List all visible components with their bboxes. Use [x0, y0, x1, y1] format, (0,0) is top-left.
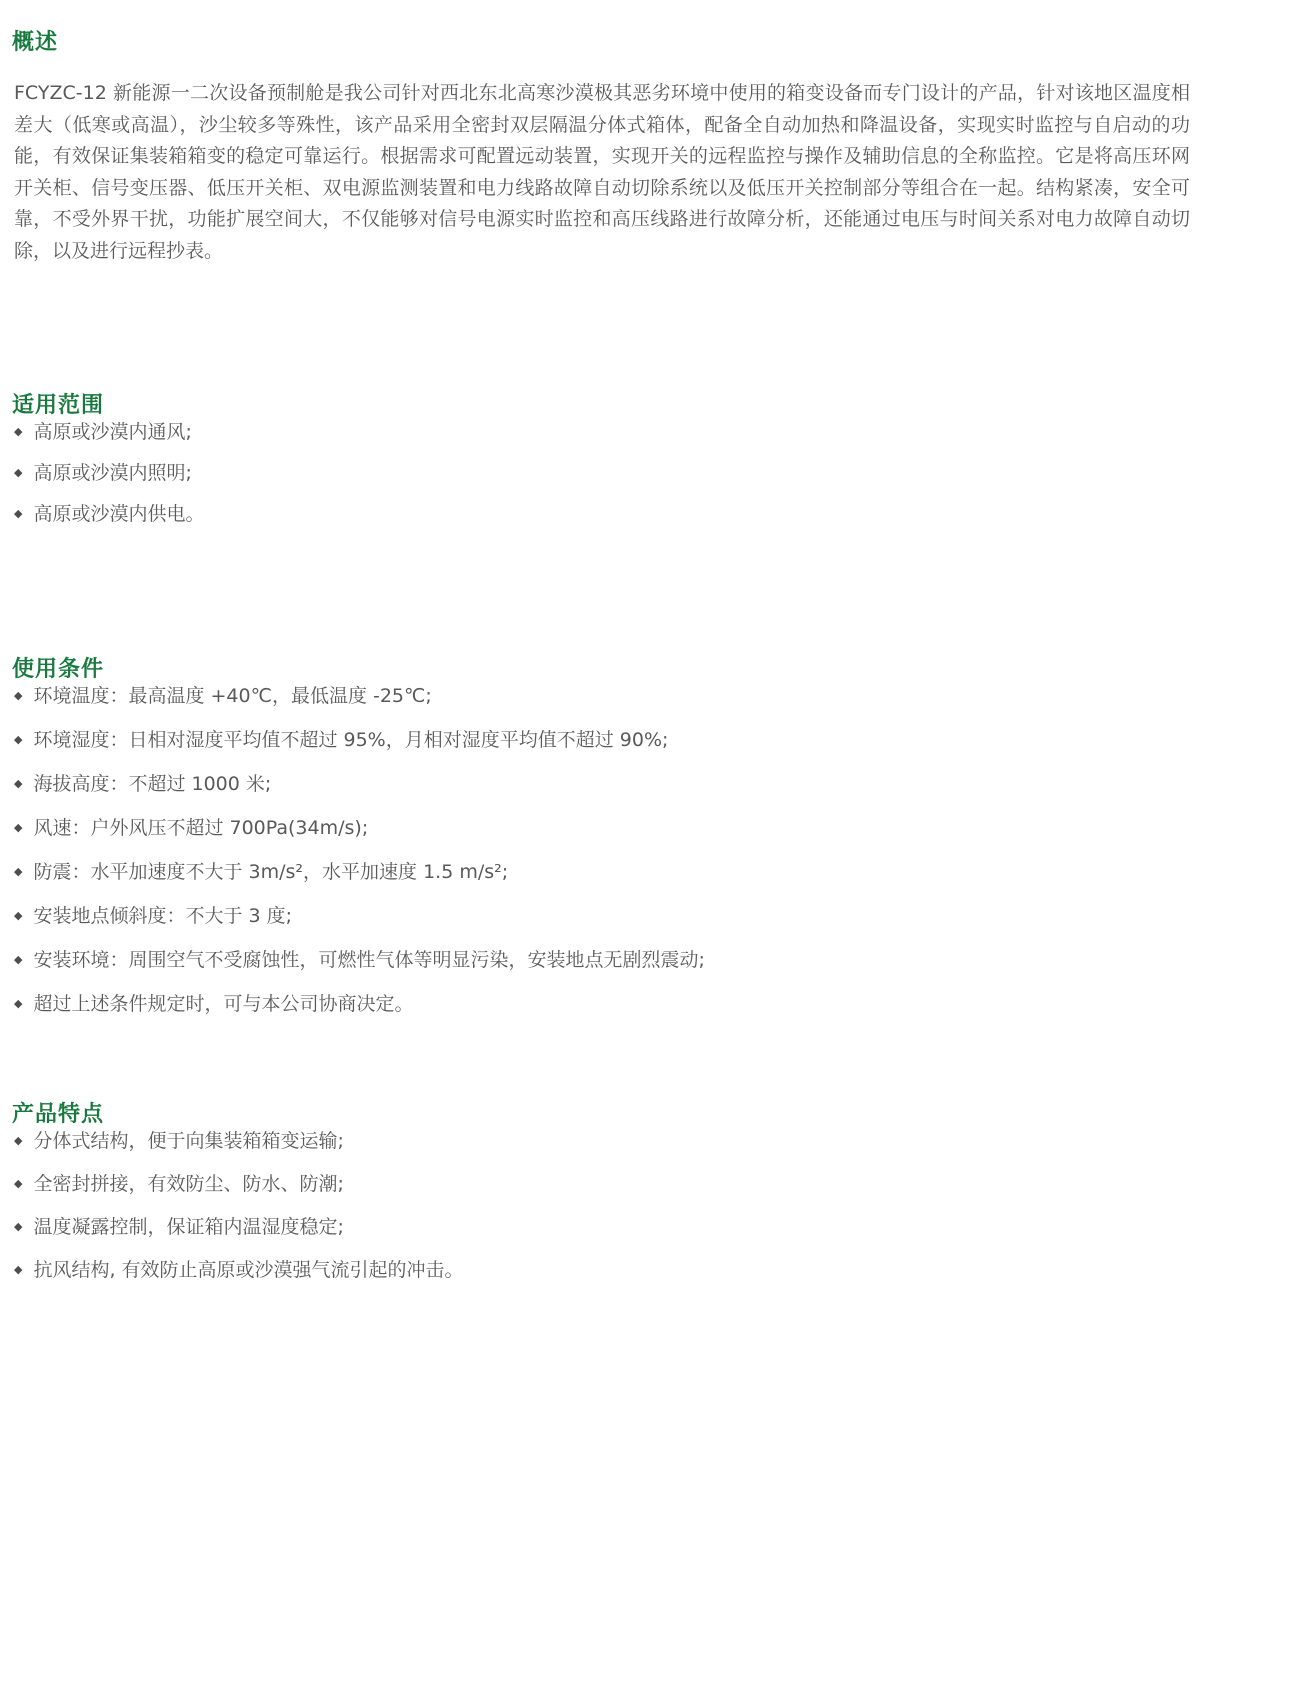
diamond-bullet-icon: ◆ — [14, 859, 22, 885]
product-detail-page: 概述 FCYZC-12 新能源一二次设备预制舱是我公司针对西北东北高寒沙漠极其恶… — [0, 0, 1302, 1686]
list-item-text: 风速：户外风压不超过 700Pa(34m/s); — [33, 815, 368, 841]
diamond-bullet-icon: ◆ — [14, 419, 22, 445]
diamond-bullet-icon: ◆ — [14, 771, 22, 797]
list-item: ◆ 环境湿度：日相对湿度平均值不超过 95%，月相对湿度平均值不超过 90%; — [14, 727, 1288, 753]
list-item-text: 防震：水平加速度不大于 3m/s²，水平加速度 1.5 m/s²; — [33, 859, 508, 885]
diamond-bullet-icon: ◆ — [14, 947, 22, 973]
diamond-bullet-icon: ◆ — [14, 815, 22, 841]
diamond-bullet-icon: ◆ — [14, 501, 22, 527]
diamond-bullet-icon: ◆ — [14, 1214, 22, 1240]
list-item: ◆ 风速：户外风压不超过 700Pa(34m/s); — [14, 815, 1288, 841]
overview-paragraph: FCYZC-12 新能源一二次设备预制舱是我公司针对西北东北高寒沙漠极其恶劣环境… — [14, 78, 1190, 267]
list-item-text: 高原或沙漠内通风; — [33, 419, 191, 445]
list-item-text: 环境湿度：日相对湿度平均值不超过 95%，月相对湿度平均值不超过 90%; — [33, 727, 668, 753]
list-item: ◆ 高原或沙漠内照明; — [14, 460, 1288, 486]
diamond-bullet-icon: ◆ — [14, 1128, 22, 1154]
scope-heading: 适用范围 — [12, 393, 1288, 419]
section-overview: 概述 FCYZC-12 新能源一二次设备预制舱是我公司针对西北东北高寒沙漠极其恶… — [12, 30, 1288, 267]
list-item: ◆ 安装地点倾斜度：不大于 3 度; — [14, 903, 1288, 929]
section-features: 产品特点 ◆ 分体式结构，便于向集装箱箱变运输; ◆ 全密封拼接，有效防尘、防水… — [12, 1102, 1288, 1283]
list-item: ◆ 分体式结构，便于向集装箱箱变运输; — [14, 1128, 1288, 1154]
list-item: ◆ 抗风结构, 有效防止高原或沙漠强气流引起的冲击。 — [14, 1257, 1288, 1283]
list-item: ◆ 全密封拼接，有效防尘、防水、防潮; — [14, 1171, 1288, 1197]
conditions-heading: 使用条件 — [12, 657, 1288, 683]
features-list: ◆ 分体式结构，便于向集装箱箱变运输; ◆ 全密封拼接，有效防尘、防水、防潮; … — [12, 1128, 1288, 1283]
list-item-text: 温度凝露控制，保证箱内温湿度稳定; — [33, 1214, 343, 1240]
list-item: ◆ 温度凝露控制，保证箱内温湿度稳定; — [14, 1214, 1288, 1240]
features-heading: 产品特点 — [12, 1102, 1288, 1128]
diamond-bullet-icon: ◆ — [14, 903, 22, 929]
diamond-bullet-icon: ◆ — [14, 460, 22, 486]
diamond-bullet-icon: ◆ — [14, 1257, 22, 1283]
list-item: ◆ 防震：水平加速度不大于 3m/s²，水平加速度 1.5 m/s²; — [14, 859, 1288, 885]
list-item-text: 高原或沙漠内照明; — [33, 460, 191, 486]
list-item: ◆ 高原或沙漠内通风; — [14, 419, 1288, 445]
list-item-text: 高原或沙漠内供电。 — [33, 501, 204, 527]
conditions-list: ◆ 环境温度：最高温度 +40℃，最低温度 -25℃; ◆ 环境湿度：日相对湿度… — [12, 683, 1288, 1017]
scope-list: ◆ 高原或沙漠内通风; ◆ 高原或沙漠内照明; ◆ 高原或沙漠内供电。 — [12, 419, 1288, 527]
list-item-text: 超过上述条件规定时，可与本公司协商决定。 — [33, 991, 413, 1017]
list-item: ◆ 环境温度：最高温度 +40℃，最低温度 -25℃; — [14, 683, 1288, 709]
diamond-bullet-icon: ◆ — [14, 727, 22, 753]
list-item-text: 抗风结构, 有效防止高原或沙漠强气流引起的冲击。 — [33, 1257, 463, 1283]
list-item: ◆ 超过上述条件规定时，可与本公司协商决定。 — [14, 991, 1288, 1017]
diamond-bullet-icon: ◆ — [14, 991, 22, 1017]
list-item-text: 全密封拼接，有效防尘、防水、防潮; — [33, 1171, 343, 1197]
overview-heading: 概述 — [12, 30, 1288, 56]
diamond-bullet-icon: ◆ — [14, 1171, 22, 1197]
diamond-bullet-icon: ◆ — [14, 683, 22, 709]
section-scope: 适用范围 ◆ 高原或沙漠内通风; ◆ 高原或沙漠内照明; ◆ 高原或沙漠内供电。 — [12, 393, 1288, 527]
list-item-text: 安装地点倾斜度：不大于 3 度; — [33, 903, 292, 929]
list-item-text: 分体式结构，便于向集装箱箱变运输; — [33, 1128, 343, 1154]
list-item-text: 环境温度：最高温度 +40℃，最低温度 -25℃; — [33, 683, 431, 709]
list-item: ◆ 高原或沙漠内供电。 — [14, 501, 1288, 527]
list-item: ◆ 安装环境：周围空气不受腐蚀性，可燃性气体等明显污染，安装地点无剧烈震动; — [14, 947, 1288, 973]
list-item: ◆ 海拔高度：不超过 1000 米; — [14, 771, 1288, 797]
list-item-text: 安装环境：周围空气不受腐蚀性，可燃性气体等明显污染，安装地点无剧烈震动; — [33, 947, 704, 973]
list-item-text: 海拔高度：不超过 1000 米; — [33, 771, 271, 797]
section-conditions: 使用条件 ◆ 环境温度：最高温度 +40℃，最低温度 -25℃; ◆ 环境湿度：… — [12, 657, 1288, 1017]
